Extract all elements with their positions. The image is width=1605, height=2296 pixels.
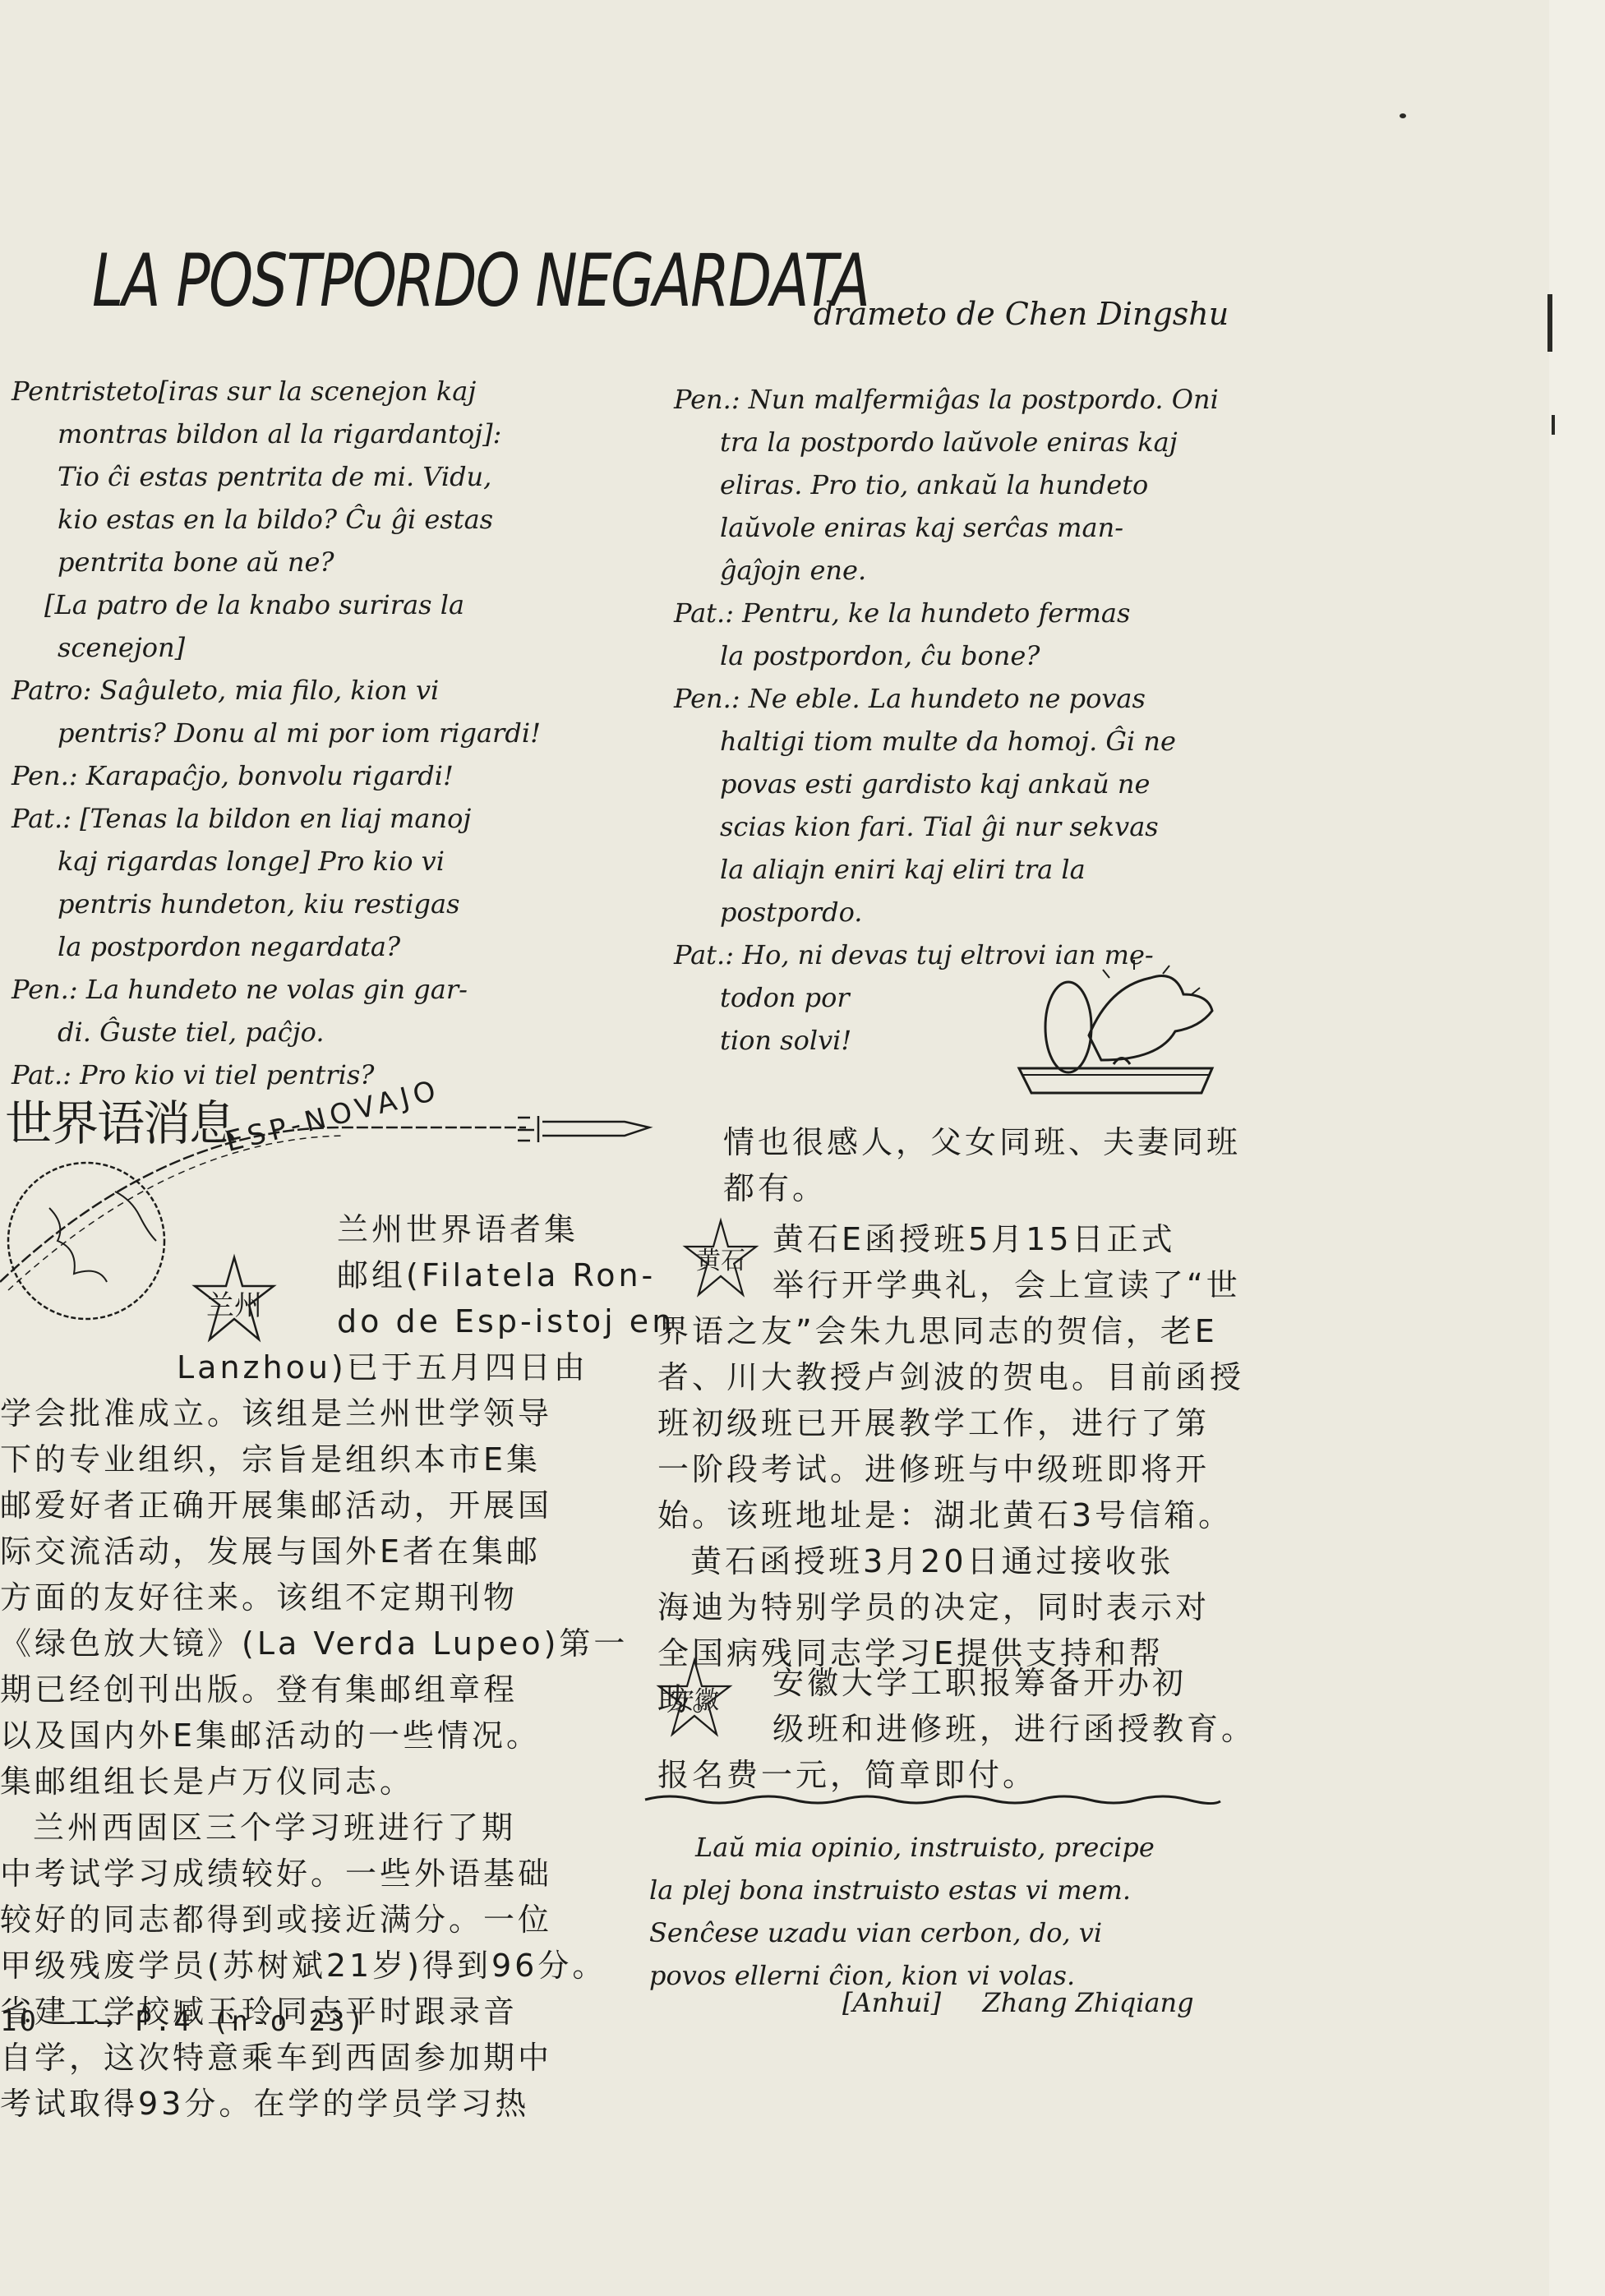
news-line: 中考试学习成绩较好。一些外语基础 xyxy=(0,1851,649,1897)
news-line: 《绿色放大镜》(La Verda Lupeo)第一 xyxy=(0,1621,649,1667)
news-line: 兰州西固区三个学习班进行了期 xyxy=(0,1805,649,1851)
scan-artifact xyxy=(1552,415,1555,435)
dialog-line: laŭvole eniras kaj serĉas man- xyxy=(674,506,1331,549)
dialog-line: Tio ĉi estas pentrita de mi. Vidu, xyxy=(12,455,653,498)
dialog-line: Pat.: [Tenas la bildon en liaj manoj xyxy=(12,797,653,840)
dialog-line: ĝaĵojn ene. xyxy=(674,549,1331,592)
dialog-line: pentris hundeton, kiu restigas xyxy=(12,883,653,925)
news-line: 情也很感人，父女同班、夫妻同班 xyxy=(690,1119,1298,1165)
scan-artifact xyxy=(1400,113,1406,118)
news-anhui-block: 安徽大学工职报筹备开办初 级班和进修班，进行函授教育。 报名费一元，简章即付。 xyxy=(657,1660,1298,1798)
play-subtitle: drameto de Chen Dingshu xyxy=(814,296,1229,332)
news-line: 下的专业组织，宗旨是组织本市E集 xyxy=(0,1436,649,1482)
signature-name: Zhang Zhiqiang xyxy=(982,1987,1193,2018)
quote-block: Laŭ mia opinio, instruisto, precipe la p… xyxy=(649,1826,1307,1997)
quote-line: Laŭ mia opinio, instruisto, precipe xyxy=(649,1826,1307,1869)
news-line: 邮组(Filatela Ron- xyxy=(0,1252,649,1298)
dialog-line: di. Ĝuste tiel, paĉjo. xyxy=(12,1011,653,1053)
news-line: 邮爱好者正确开展集邮活动，开展国 xyxy=(0,1482,649,1528)
dialog-line: eliras. Pro tio, ankaŭ la hundeto xyxy=(674,463,1331,506)
dialog-line: la postpordon negardata? xyxy=(12,925,653,968)
news-line: do de Esp-istoj en xyxy=(0,1298,649,1344)
news-line: 期已经创刊出版。登有集邮组章程 xyxy=(0,1667,649,1713)
wavy-divider xyxy=(645,1791,1237,1808)
news-line: 一阶段考试。进修班与中级班即将开 xyxy=(657,1446,1298,1492)
dialog-line: povas esti gardisto kaj ankaŭ ne xyxy=(674,763,1331,805)
news-line: 黄石E函授班5月15日正式 xyxy=(657,1216,1298,1262)
news-line: 举行开学典礼，会上宣读了“世 xyxy=(657,1262,1298,1308)
news-line: 集邮组组长是卢万仪同志。 xyxy=(0,1759,649,1805)
news-line: 方面的友好往来。该组不定期刊物 xyxy=(0,1574,649,1621)
play-left-column: Pentristeto[iras sur la scenejon kaj mon… xyxy=(12,370,653,1096)
quote-line: Senĉese uzadu vian cerbon, do, vi xyxy=(649,1911,1307,1954)
news-line: 级班和进修班，进行函授教育。 xyxy=(657,1706,1298,1752)
page-footer: 10 ——→ P.4 (n-o 23) xyxy=(0,2005,367,2038)
dialog-line: Pat.: Pentru, ke la hundeto fermas xyxy=(674,592,1331,634)
news-line: 甲级残废学员(苏树斌21岁)得到96分。 xyxy=(0,1943,649,1989)
news-right-column: 情也很感人，父女同班、夫妻同班 都有。 xyxy=(690,1119,1298,1211)
play-title: LA POSTPORDO NEGARDATA xyxy=(92,238,869,323)
dialog-line: pentrita bone aŭ ne? xyxy=(12,541,653,583)
stage-direction: scenejon] xyxy=(12,626,653,669)
page-edge xyxy=(1549,0,1605,2296)
news-line: 界语之友”会朱九思同志的贺信，老E xyxy=(657,1308,1298,1354)
news-line: 兰州世界语者集 xyxy=(0,1206,649,1252)
news-line: 际交流活动，发展与国外E者在集邮 xyxy=(0,1528,649,1574)
dialog-line: Pentristeto[iras sur la scenejon kaj xyxy=(12,370,653,413)
dialog-line: haltigi tiom multe da homoj. Ĝi ne xyxy=(674,720,1331,763)
news-line: 自学，这次特意乘车到西固参加期中 xyxy=(0,2035,649,2081)
news-line: 考试取得93分。在学的学员学习热 xyxy=(0,2081,649,2127)
dialog-line: Patro: Saĝuleto, mia filo, kion vi xyxy=(12,669,653,712)
dialog-line: montras bildon al la rigardantoj]: xyxy=(12,413,653,455)
dialog-line: tra la postpordo laŭvole eniras kaj xyxy=(674,421,1331,463)
dialog-line: kio estas en la bildo? Ĉu ĝi estas xyxy=(12,498,653,541)
dialog-line: la aliajn eniri kaj eliri tra la xyxy=(674,848,1331,891)
news-line: 学会批准成立。该组是兰州世学领导 xyxy=(0,1390,649,1436)
dialog-line: pentris? Donu al mi por iom rigardi! xyxy=(12,712,653,754)
dialog-line: Pen.: Ne eble. La hundeto ne povas xyxy=(674,677,1331,720)
news-line: 安徽大学工职报筹备开办初 xyxy=(657,1660,1298,1706)
signature-place: [Anhui] xyxy=(842,1987,941,2018)
news-line: 海迪为特别学员的决定，同时表示对 xyxy=(657,1584,1298,1630)
news-line: 较好的同志都得到或接近满分。一位 xyxy=(0,1897,649,1943)
news-line: 班初级班已开展教学工作，进行了第 xyxy=(657,1400,1298,1446)
news-line: 始。该班地址是：湖北黄石3号信箱。 xyxy=(657,1492,1298,1538)
scan-artifact xyxy=(1547,294,1552,352)
quote-signature: [Anhui] Zhang Zhiqiang xyxy=(842,1987,1194,2018)
news-line: 者、川大教授卢剑波的贺电。目前函授 xyxy=(657,1354,1298,1400)
dialog-line: Pen.: La hundeto ne volas gin gar- xyxy=(12,968,653,1011)
cactus-illustration xyxy=(1011,953,1241,1093)
dialog-line: postpordo. xyxy=(674,891,1331,934)
dialog-line: Pen.: Nun malfermiĝas la postpordo. Oni xyxy=(674,378,1331,421)
news-line: 都有。 xyxy=(690,1165,1298,1211)
stage-direction: [La patro de la knabo suriras la xyxy=(12,583,653,626)
news-line: Lanzhou)已于五月四日由 xyxy=(0,1344,649,1390)
news-line: 黄石函授班3月20日通过接收张 xyxy=(657,1538,1298,1584)
dialog-line: Pen.: Karapaĉjo, bonvolu rigardi! xyxy=(12,754,653,797)
news-line: 以及国内外E集邮活动的一些情况。 xyxy=(0,1713,649,1759)
dialog-line: la postpordon, ĉu bone? xyxy=(674,634,1331,677)
quote-line: la plej bona instruisto estas vi mem. xyxy=(649,1869,1307,1911)
dialog-line: scias kion fari. Tial ĝi nur sekvas xyxy=(674,805,1331,848)
dialog-line: kaj rigardas longe] Pro kio vi xyxy=(12,840,653,883)
news-left-column: 兰州世界语者集 邮组(Filatela Ron- do de Esp-istoj… xyxy=(0,1206,649,2127)
news-huangshi-block: 黄石E函授班5月15日正式 举行开学典礼，会上宣读了“世 界语之友”会朱九思同志… xyxy=(657,1216,1298,1722)
